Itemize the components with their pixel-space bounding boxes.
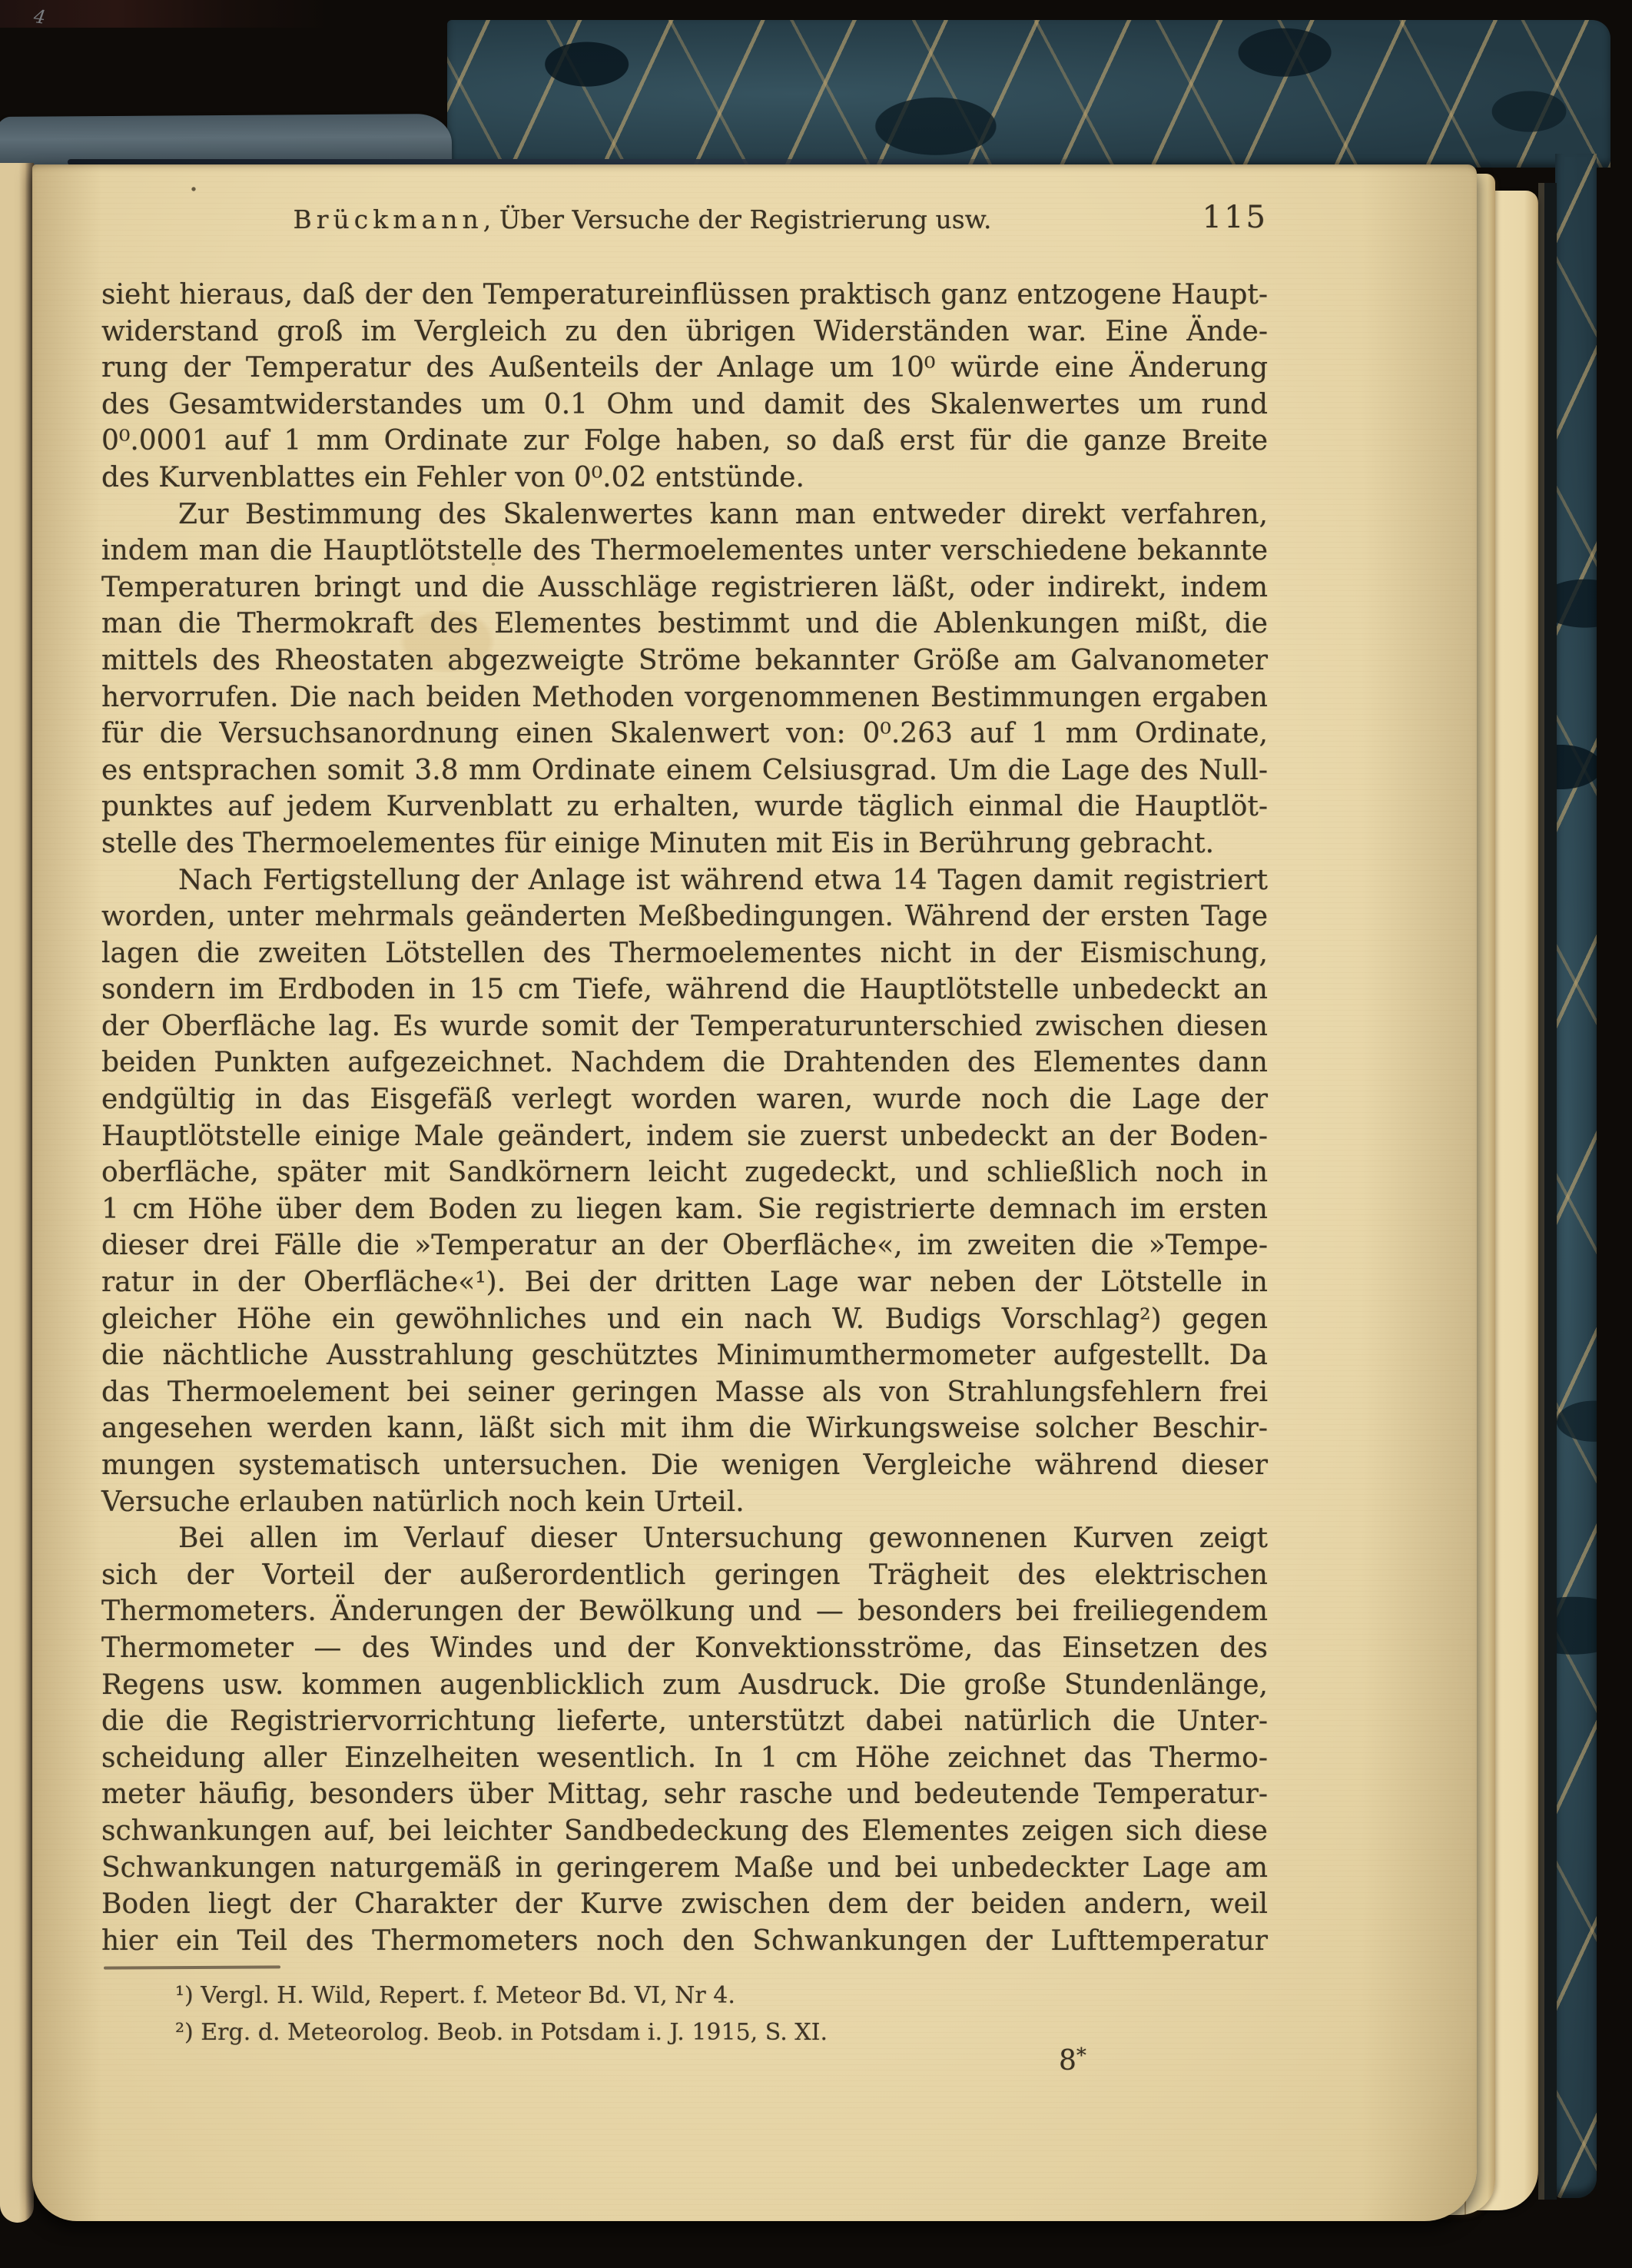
header-title-rest: , Über Versuche der Registrierung usw. [483,204,992,234]
body-line: Thermometers. Änderungen der Bewölkung u… [101,1593,1268,1630]
body-line: für die Versuchsanordnung einen Skalenwe… [101,716,1268,752]
body-line: punktes auf jedem Kurvenblatt zu erhalte… [101,789,1268,825]
paragraph: Zur Bestimmung des Skalenwertes kann man… [101,496,1268,862]
body-line: hervorrufen. Die nach beiden Methoden vo… [101,679,1268,716]
body-line: Temperaturen bringt und die Ausschläge r… [101,569,1268,606]
body-line: Nach Fertigstellung der Anlage ist währe… [101,862,1268,899]
body-line: der Oberfläche lag. Es wurde somit der T… [101,1008,1268,1045]
body-line: mittels des Rheostaten abgezweigte Ström… [101,643,1268,679]
body-line: dieser drei Fälle die »Temperatur an der… [101,1227,1268,1264]
body-line: sondern im Erdboden in 15 cm Tiefe, währ… [101,971,1268,1008]
body-line: meter häufig, besonders über Mittag, seh… [101,1776,1268,1813]
body-line: Bei allen im Verlauf dieser Untersuchung… [101,1520,1268,1557]
body-line: indem man die Hauptlötstelle des Thermoe… [101,533,1268,569]
body-line: Hauptlötstelle einige Male geändert, ind… [101,1118,1268,1155]
footnotes: ¹) Vergl. H. Wild, Repert. f. Meteor Bd.… [101,1980,1268,2054]
body-line: lagen die zweiten Lötstellen des Thermoe… [101,935,1268,972]
body-line: worden, unter mehrmals geänderten Meßbed… [101,898,1268,935]
page-number: 115 [1202,200,1268,235]
paragraph: Nach Fertigstellung der Anlage ist währe… [101,862,1268,1521]
paragraph: sieht hieraus, daß der den Temperaturein… [101,277,1268,496]
footnote-line: ²) Erg. d. Meteorolog. Beob. in Potsdam … [101,2017,1268,2054]
body-line: widerstand groß im Vergleich zu den übri… [101,314,1268,350]
body-line: ratur in der Oberfläche«¹). Bei der drit… [101,1264,1268,1301]
book-cloth-edge [0,0,330,28]
body-line: Schwankungen naturgemäß in geringerem Ma… [101,1850,1268,1887]
body-line: beiden Punkten aufgezeichnet. Nachdem di… [101,1044,1268,1081]
body-line: stelle des Thermoelementes für einige Mi… [101,825,1268,862]
paragraph: Bei allen im Verlauf dieser Untersuchung… [101,1520,1268,1959]
body-line: das Thermoelement bei seiner geringen Ma… [101,1374,1268,1411]
body-line: 1 cm Höhe über dem Boden zu liegen kam. … [101,1191,1268,1228]
body-line: Boden liegt der Charakter der Kurve zwis… [101,1886,1268,1923]
signature-number: 8 [1059,2045,1076,2077]
header-author: Brückmann [294,204,483,234]
body-line: endgültig in das Eisgefäß verlegt worden… [101,1081,1268,1118]
marbled-cover-right [1555,154,1597,2198]
body-line: sieht hieraus, daß der den Temperaturein… [101,277,1268,314]
body-line: oberfläche, später mit Sandkörnern leich… [101,1154,1268,1191]
body-line: Thermometer — des Windes und der Konvekt… [101,1630,1268,1667]
header-title: Brückmann, Über Versuche der Registrieru… [101,204,1183,235]
scanned-book-page: 4 Brückmann, Über Versuche der Registrie… [0,0,1632,2268]
body-line: hier ein Teil des Thermometers noch den … [101,1923,1268,1960]
cover-shadow-gap [1538,183,1557,2200]
body-line: schwankungen auf, bei leichter Sandbedec… [101,1813,1268,1850]
body-line: Versuche erlauben natürlich noch kein Ur… [101,1484,1268,1521]
body-line: Zur Bestimmung des Skalenwertes kann man… [101,496,1268,533]
running-header: Brückmann, Über Versuche der Registrieru… [101,204,1268,240]
body-line: es entsprachen somit 3.8 mm Ordinate ein… [101,752,1268,789]
signature-star: * [1076,2044,1086,2067]
body-line: rung der Temperatur des Außenteils der A… [101,350,1268,387]
body-line: man die Thermokraft des Elementes bestim… [101,606,1268,643]
text-column: sieht hieraus, daß der den Temperaturein… [101,277,1268,1959]
body-line: sich der Vorteil der außerordentlich ger… [101,1557,1268,1594]
facing-page-gutter [0,163,34,2223]
signature-mark: 8* [1059,2044,1086,2077]
body-line: Regens usw. kommen augenblicklich zum Au… [101,1667,1268,1704]
body-line: des Gesamtwiderstandes um 0.1 Ohm und da… [101,387,1268,423]
body-line: 0⁰.0001 auf 1 mm Ordinate zur Folge habe… [101,423,1268,460]
body-line: des Kurvenblattes ein Fehler von 0⁰.02 e… [101,460,1268,496]
body-line: gleicher Höhe ein gewöhnliches und ein n… [101,1301,1268,1338]
body-line: angesehen werden kann, läßt sich mit ihm… [101,1410,1268,1447]
body-line: scheidung aller Einzelheiten wesentlich.… [101,1740,1268,1777]
footnote-line: ¹) Vergl. H. Wild, Repert. f. Meteor Bd.… [101,1980,1268,2017]
body-line: mungen systematisch untersuchen. Die wen… [101,1447,1268,1484]
marbled-cover-top [447,20,1610,168]
body-line: die nächtliche Ausstrahlung geschütztes … [101,1337,1268,1374]
body-line: die die Registriervorrichtung lieferte, … [101,1703,1268,1740]
